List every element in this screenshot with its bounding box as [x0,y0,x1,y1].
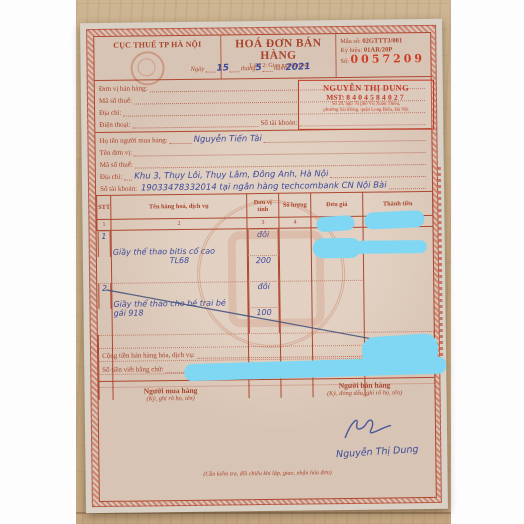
dotted-leader [134,144,426,157]
seller-unit-label: Đơn vị bán hàng: [99,84,148,93]
date-month-label: tháng [241,65,256,72]
buyer-unit-row: Tên đơn vị: [100,144,428,157]
date-prefix: Ngày [191,66,205,73]
header-right: Mẫu số: 02GTTT3/001 Ký hiệu: 01AR/20P Số… [340,37,430,67]
dotted-leader [170,135,192,144]
dotted-leader [135,156,426,169]
seller-rubber-stamp: NGUYỄN THỊ DUNG MST: 8404584027 Số 29, n… [298,80,434,130]
header-left: CỤC THUẾ TP HÀ NỘI [96,40,218,50]
buyer-unit-label: Tên đơn vị: [100,149,133,157]
seller-tax-label: Mã số thuế: [99,97,132,105]
redaction-item2-price [313,238,361,259]
date-dots [230,64,240,72]
date-year-handwritten: 2021 [285,64,310,72]
buyer-account-label: Số tài khoản: [100,185,137,193]
redaction-item1-amount [364,210,425,230]
dotted-leader [264,132,426,143]
buyer-account-handwritten: 19033478332014 tại ngân hàng techcombank… [141,181,387,192]
item1-stt: 1 [97,231,111,257]
stamp-tax-id: MST: 8404584027 [299,93,433,102]
stamp-tax-id-value: 8404584027 [346,93,406,102]
buyer-address-label: Địa chỉ: [100,173,122,181]
seller-phone-label: Điện thoại: [99,121,130,129]
seller-signature-scribble [337,415,397,442]
buyer-signature-block: Người mua hàng (Ký, ghi rõ họ, tên) [110,385,230,402]
invoice-paper: CỤC THUẾ TP HÀ NỘI HOÁ ĐƠN BÁN HÀNG Liên… [80,19,448,513]
date-dots [263,64,273,72]
invoice-title: HOÁ ĐƠN BÁN HÀNG [222,37,334,62]
buyer-name-row: Họ tên người mua hàng: Nguyễn Tiến Tài [99,132,427,145]
form-number-label: Mẫu số: [340,38,361,45]
redaction-item1-price [316,215,355,232]
invoice-number-label: Số: [340,58,348,65]
seller-signature-note: (Ký, đóng dấu, ghi rõ họ, tên) [297,389,433,398]
buyer-name-label: Họ tên người mua hàng: [99,136,167,145]
footer-note: (Cần kiểm tra, đối chiếu khi lập, giao, … [100,469,436,479]
dotted-leader [133,118,259,129]
total-amount-label: Cộng tiền bán hàng hóa, dịch vụ: [102,351,195,360]
stamp-seller-name: NGUYỄN THỊ DUNG [299,83,433,93]
form-number-value: 02GTTT3/001 [362,37,402,44]
invoice-number-line: Số: 0057209 [340,55,430,67]
stamp-tax-id-label: MST: [326,93,344,102]
seller-signed-name-handwritten: Nguyễn Thị Dung [307,442,447,462]
date-day-handwritten: 15 [216,65,229,73]
item2-stt: 2 [98,283,112,309]
invoice-content-area: CỤC THUẾ TP HÀ NỘI HOÁ ĐƠN BÁN HÀNG Liên… [93,32,437,502]
col-header-price: Đơn giá [311,192,363,217]
seller-account-label: Số tài khoản: [260,119,297,127]
dotted-leader [389,180,427,189]
dotted-leader [330,168,426,178]
tax-department-name: CỤC THUẾ TP HÀ NỘI [96,40,218,50]
redaction-item2-amount [355,240,427,254]
buyer-address-row: Địa chỉ: Khu 3, Thụy Lôi, Thụy Lâm, Đông… [100,168,428,181]
amount-in-words-label: Số tiền viết bằng chữ: [102,365,163,374]
buyer-tax-row: Mã số thuế: [100,156,428,169]
date-month-handwritten: 5 [256,65,263,72]
seller-address-label: Địa chỉ: [99,109,121,117]
dotted-leader [124,172,132,181]
invoice-number-value: 0057209 [350,52,425,66]
col-num-1: 1 [97,219,111,230]
date-year-label: năm [274,65,285,72]
photo-canvas: CỤC THUẾ TP HÀ NỘI HOÁ ĐƠN BÁN HÀNG Liên… [0,0,524,524]
buyer-signature-note: (Ký, ghi rõ họ, tên) [111,394,231,402]
buyer-address-handwritten: Khu 3, Thụy Lôi, Thụy Lâm, Đông Anh, Hà … [134,170,328,180]
buyer-name-handwritten: Nguyễn Tiến Tài [194,135,262,144]
stamp-address-line2: phường Sài Đồng, quận Long Biên, Hà Nội [299,108,433,114]
invoice-date-line: Ngày 15 tháng 5 năm 2021 [191,63,347,73]
date-dots [205,65,215,73]
seller-signature-block: Người bán hàng (Ký, đóng dấu, ghi rõ họ,… [296,380,432,398]
col-header-stt: STT [97,195,111,219]
buyer-tax-label: Mã số thuế: [100,161,133,169]
